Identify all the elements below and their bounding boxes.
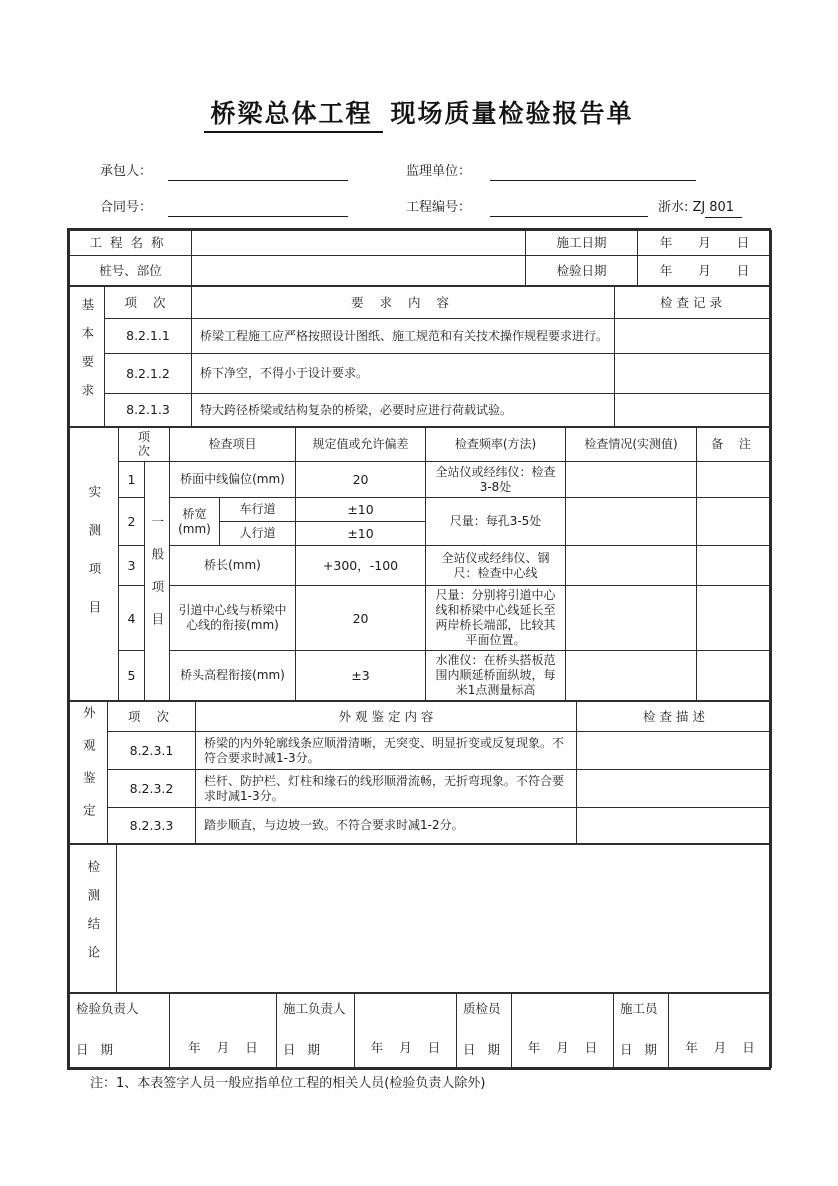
sub-item-name: 人行道 — [220, 522, 296, 546]
basic-col-item: 项 次 — [105, 287, 192, 319]
frequency-text: 尺量：每孔3-5处 — [426, 498, 566, 546]
row-no: 5 — [119, 651, 145, 701]
supervisor-blank[interactable] — [490, 163, 696, 181]
form-code-value: 801 — [705, 200, 742, 218]
remark-cell[interactable] — [697, 651, 772, 701]
frequency-text: 水准仪：在桥头搭板范围内顺延桥面纵坡，每米1点测量标高 — [426, 651, 566, 701]
result-cell[interactable] — [566, 498, 697, 546]
result-cell[interactable] — [566, 651, 697, 701]
construction-lead-label-cell: 施工负责人日 期 — [277, 994, 355, 1068]
header-row-1: 承包人： 监理单位： — [100, 160, 696, 181]
appearance-text: 踏步顺直，与边坡一致。不符合要求时减1-2分。 — [196, 808, 577, 844]
measured-section-label: 实测项目 — [70, 428, 119, 701]
conclusion-section-label: 检测结论 — [70, 845, 117, 993]
requirement-text: 特大跨径桥梁或结构复杂的桥梁，必要时应进行荷载试验。 — [192, 394, 615, 427]
header-row-2: 合同号： 工程编号： 浙水: ZJ801 — [100, 196, 742, 217]
conclusion-content[interactable] — [117, 845, 772, 993]
table-row: 8.2.3.2 栏杆、防护栏、灯柱和缘石的线形顺滑流畅，无折弯现象。不符合要求时… — [70, 770, 772, 808]
appearance-text: 栏杆、防护栏、灯柱和缘石的线形顺滑流畅，无折弯现象。不符合要求时减1-3分。 — [196, 770, 577, 808]
requirement-text: 桥梁工程施工应严格按照设计图纸、施工规范和有关技术操作规程要求进行。 — [192, 319, 615, 354]
date-placeholder: 年 月 日 — [514, 994, 611, 1067]
title-form-name: 现场质量检验报告单 — [391, 99, 634, 128]
table-row: 8.2.1.2 桥下净空，不得小于设计要求。 — [70, 354, 772, 394]
constructor-date-cell[interactable]: 年 月 日 — [669, 994, 772, 1068]
remark-cell[interactable] — [697, 498, 772, 546]
remark-cell[interactable] — [697, 462, 772, 498]
measured-col-frequency: 检查频率(方法) — [426, 428, 566, 462]
remark-cell[interactable] — [697, 586, 772, 651]
check-record-cell[interactable] — [615, 354, 772, 394]
project-no-blank[interactable] — [490, 199, 648, 217]
row-no: 4 — [119, 586, 145, 651]
appearance-section: 外观鉴定 项 次 外 观 鉴 定 内 容 检 查 描 述 8.2.3.1 桥梁的… — [69, 701, 772, 844]
title-project-type: 桥梁总体工程 — [204, 99, 382, 133]
check-desc-cell[interactable] — [577, 732, 772, 770]
table-row: 检测结论 — [70, 845, 772, 993]
item-no: 8.2.3.2 — [108, 770, 196, 808]
tolerance-value: ±3 — [296, 651, 426, 701]
conclusion-section: 检测结论 — [69, 844, 772, 993]
quality-inspector-label-cell: 质检员日 期 — [457, 994, 512, 1068]
date-label: 日 期 — [620, 1042, 664, 1058]
table-row: 桩号、部位 检验日期 年 月 日 — [70, 256, 772, 286]
check-item-name: 桥面中线偏位(mm) — [170, 462, 296, 498]
form-code: 浙水: ZJ801 — [658, 196, 742, 217]
table-row: 8.2.3.3 踏步顺直，与边坡一致。不符合要求时减1-2分。 — [70, 808, 772, 844]
date-placeholder: 年 月 日 — [357, 994, 454, 1067]
measured-col-item: 项次 — [119, 428, 170, 462]
measured-col-check-item: 检查项目 — [170, 428, 296, 462]
form-code-label: 浙水: ZJ — [658, 200, 705, 215]
appearance-col-content: 外 观 鉴 定 内 容 — [196, 702, 577, 732]
appearance-text: 桥梁的内外轮廓线条应顺滑清晰，无突变、明显折变或反复现象。不符合要求时减1-3分… — [196, 732, 577, 770]
tolerance-value: 20 — [296, 462, 426, 498]
date-placeholder: 年 月 日 — [172, 994, 274, 1067]
pile-label: 桩号、部位 — [70, 256, 192, 286]
tolerance-value: 20 — [296, 586, 426, 651]
constructor-role: 施工员 — [620, 1001, 664, 1017]
date-label: 日 期 — [283, 1042, 350, 1058]
row-no: 1 — [119, 462, 145, 498]
measured-col-result: 检查情况(实测值) — [566, 428, 697, 462]
report-page: 桥梁总体工程现场质量检验报告单 承包人： 监理单位： 合同号： 工程编号： 浙水… — [0, 0, 838, 1186]
row-no: 2 — [119, 498, 145, 546]
table-row: 8.2.1.3 特大跨径桥梁或结构复杂的桥梁，必要时应进行荷载试验。 — [70, 394, 772, 427]
construction-lead-role: 施工负责人 — [283, 1001, 350, 1017]
measured-col-remark: 备 注 — [697, 428, 772, 462]
construction-date-value[interactable]: 年 月 日 — [638, 231, 772, 256]
contract-no-blank[interactable] — [168, 199, 348, 217]
pile-value[interactable] — [192, 256, 526, 286]
item-no: 8.2.3.3 — [108, 808, 196, 844]
tolerance-value: ±10 — [296, 522, 426, 546]
basic-col-content: 要 求 内 容 — [192, 287, 615, 319]
table-row: 8.2.3.1 桥梁的内外轮廓线条应顺滑清晰，无突变、明显折变或反复现象。不符合… — [70, 732, 772, 770]
frequency-text: 全站仪或经纬仪、钢尺：检查中心线 — [426, 546, 566, 586]
basic-section-label: 基本要求 — [70, 287, 105, 427]
contract-no-label: 合同号： — [100, 196, 168, 217]
table-row: 5 桥头高程衔接(mm) ±3 水准仪：在桥头搭板范围内顺延桥面纵坡，每米1点测… — [70, 651, 772, 701]
date-placeholder: 年 月 日 — [671, 994, 769, 1067]
inspector-date-cell[interactable]: 年 月 日 — [170, 994, 277, 1068]
row-no: 3 — [119, 546, 145, 586]
general-items-label: 一般项目 — [145, 462, 170, 701]
sub-item-name: 车行道 — [220, 498, 296, 522]
quality-inspector-date-cell[interactable]: 年 月 日 — [512, 994, 614, 1068]
table-row: 2 桥宽(mm) 车行道 ±10 尺量：每孔3-5处 — [70, 498, 772, 522]
table-row: 基本要求 项 次 要 求 内 容 检查记录 — [70, 287, 772, 319]
contractor-blank[interactable] — [168, 163, 348, 181]
item-no: 8.2.1.3 — [105, 394, 192, 427]
check-item-name: 桥宽(mm) — [170, 498, 220, 546]
footnote: 注：1、本表签字人员一般应指单位工程的相关人员(检验负责人除外) — [90, 1072, 485, 1091]
main-form-table: 工程名称 施工日期 年 月 日 桩号、部位 检验日期 年 月 日 基本要求 项 … — [67, 228, 771, 1070]
check-record-cell[interactable] — [615, 394, 772, 427]
result-cell[interactable] — [566, 586, 697, 651]
signature-section: 检验负责人日 期 年 月 日 施工负责人日 期 年 月 日 质检员日 期 年 月… — [69, 993, 772, 1068]
page-title: 桥梁总体工程现场质量检验报告单 — [0, 94, 838, 130]
quality-inspector-role: 质检员 — [463, 1001, 507, 1017]
table-row: 8.2.1.1 桥梁工程施工应严格按照设计图纸、施工规范和有关技术操作规程要求进… — [70, 319, 772, 354]
construction-date-label: 施工日期 — [526, 231, 638, 256]
item-no: 8.2.1.1 — [105, 319, 192, 354]
item-no: 8.2.3.1 — [108, 732, 196, 770]
check-desc-cell[interactable] — [577, 808, 772, 844]
item-no: 8.2.1.2 — [105, 354, 192, 394]
constructor-label-cell: 施工员日 期 — [614, 994, 669, 1068]
info-section: 工程名称 施工日期 年 月 日 桩号、部位 检验日期 年 月 日 — [69, 230, 772, 286]
appearance-section-label: 外观鉴定 — [70, 702, 108, 844]
table-row: 3 桥长(mm) +300，-100 全站仪或经纬仪、钢尺：检查中心线 — [70, 546, 772, 586]
inspector-role: 检验负责人 — [76, 1001, 165, 1017]
tolerance-value: ±10 — [296, 498, 426, 522]
requirement-text: 桥下净空，不得小于设计要求。 — [192, 354, 615, 394]
tolerance-value: +300，-100 — [296, 546, 426, 586]
inspector-label-cell: 检验负责人日 期 — [70, 994, 170, 1068]
check-item-name: 桥长(mm) — [170, 546, 296, 586]
table-row: 检验负责人日 期 年 月 日 施工负责人日 期 年 月 日 质检员日 期 年 月… — [70, 994, 772, 1068]
result-cell[interactable] — [566, 546, 697, 586]
date-label: 日 期 — [76, 1042, 165, 1058]
table-row: 工程名称 施工日期 年 月 日 — [70, 231, 772, 256]
project-no-label: 工程编号： — [406, 196, 490, 217]
frequency-text: 全站仪或经纬仪：检查3-8处 — [426, 462, 566, 498]
project-name-label: 工程名称 — [70, 231, 192, 256]
measured-items-section: 实测项目 项次 检查项目 规定值或允许偏差 检查频率(方法) 检查情况(实测值)… — [69, 427, 772, 701]
check-item-name: 桥头高程衔接(mm) — [170, 651, 296, 701]
project-name-value[interactable] — [192, 231, 526, 256]
construction-lead-date-cell[interactable]: 年 月 日 — [355, 994, 457, 1068]
check-desc-cell[interactable] — [577, 770, 772, 808]
table-row: 4 引道中心线与桥梁中心线的衔接(mm) 20 尺量：分别将引道中心线和桥梁中心… — [70, 586, 772, 651]
date-label: 日 期 — [463, 1042, 507, 1058]
measured-col-tolerance: 规定值或允许偏差 — [296, 428, 426, 462]
basic-requirements-section: 基本要求 项 次 要 求 内 容 检查记录 8.2.1.1 桥梁工程施工应严格按… — [69, 286, 772, 427]
table-row: 实测项目 项次 检查项目 规定值或允许偏差 检查频率(方法) 检查情况(实测值)… — [70, 428, 772, 462]
supervisor-label: 监理单位： — [406, 160, 490, 181]
inspection-date-value[interactable]: 年 月 日 — [638, 256, 772, 286]
remark-cell[interactable] — [697, 546, 772, 586]
table-row: 1 一般项目 桥面中线偏位(mm) 20 全站仪或经纬仪：检查3-8处 — [70, 462, 772, 498]
contractor-label: 承包人： — [100, 160, 168, 181]
check-record-cell[interactable] — [615, 319, 772, 354]
basic-col-record: 检查记录 — [615, 287, 772, 319]
frequency-text: 尺量：分别将引道中心线和桥梁中心线延长至两岸桥长端部，比较其平面位置。 — [426, 586, 566, 651]
table-row: 外观鉴定 项 次 外 观 鉴 定 内 容 检 查 描 述 — [70, 702, 772, 732]
inspection-date-label: 检验日期 — [526, 256, 638, 286]
result-cell[interactable] — [566, 462, 697, 498]
appearance-col-item: 项 次 — [108, 702, 196, 732]
appearance-col-desc: 检 查 描 述 — [577, 702, 772, 732]
check-item-name: 引道中心线与桥梁中心线的衔接(mm) — [170, 586, 296, 651]
